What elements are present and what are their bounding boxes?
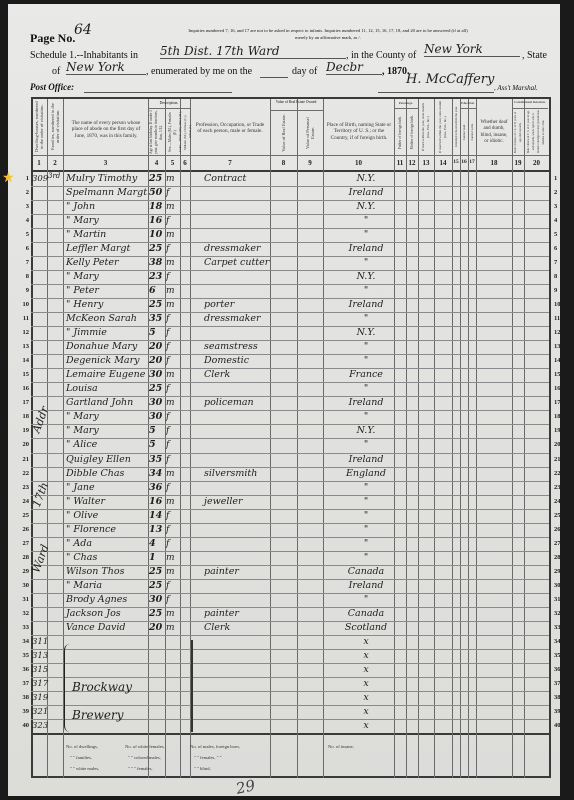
birthplace: " bbox=[338, 229, 394, 241]
person-name: Brody Agnes bbox=[66, 594, 150, 606]
col-1-header: Dwelling-houses, numbered in the order o… bbox=[31, 99, 47, 154]
table-row: 3030" Maria25fIreland bbox=[8, 579, 560, 593]
age: 30 bbox=[149, 369, 165, 381]
sex: f bbox=[166, 510, 180, 522]
table-row: 33" John18mN.Y. bbox=[8, 200, 560, 214]
age: 35 bbox=[149, 454, 165, 466]
family-number: 3rd bbox=[48, 170, 64, 182]
birthplace: x bbox=[338, 664, 394, 676]
group-rule-constitutional bbox=[512, 108, 548, 109]
group-constitutional: Constitutional Relations. bbox=[512, 100, 548, 104]
row-number-left: 14 bbox=[15, 357, 29, 364]
table-row: 113093rdMulry Timothy25mContractN.Y. bbox=[8, 172, 560, 186]
sex: f bbox=[166, 594, 180, 606]
birthplace: Canada bbox=[338, 608, 394, 620]
person-name: " Jimmie bbox=[66, 327, 150, 339]
row-number-right: 12 bbox=[554, 329, 566, 336]
birthplace: " bbox=[338, 383, 394, 395]
row-number-right: 11 bbox=[554, 315, 566, 322]
post-office-field bbox=[84, 82, 232, 93]
birthplace: N.Y. bbox=[338, 425, 394, 437]
age: 4 bbox=[149, 538, 165, 550]
row-number-left: 2 bbox=[15, 189, 29, 196]
person-name: Degenick Mary bbox=[66, 355, 150, 367]
row-number-right: 13 bbox=[554, 343, 566, 350]
sex: m bbox=[166, 201, 180, 213]
table-row: 1616Louisa25f" bbox=[8, 382, 560, 396]
col-16-header-text: Cannot read. bbox=[462, 124, 467, 140]
age: 30 bbox=[149, 411, 165, 423]
column-number: 19 bbox=[512, 159, 524, 167]
marshal-label: , Ass't Marshal. bbox=[494, 84, 538, 92]
column-number: 4 bbox=[148, 159, 165, 167]
person-name: Jackson Jos bbox=[66, 608, 150, 620]
col-1-header-text: Dwelling-houses, numbered in the order o… bbox=[34, 99, 44, 154]
birthplace: " bbox=[338, 285, 394, 297]
person-name: " Maria bbox=[66, 580, 150, 592]
row-number-left: 40 bbox=[15, 722, 29, 729]
state-label: , State bbox=[522, 50, 547, 61]
district-field: 5th Dist. 17th Ward bbox=[160, 44, 346, 59]
sex: m bbox=[166, 468, 180, 480]
footer-colored-females: " " " females, bbox=[128, 766, 153, 771]
age: 34 bbox=[149, 468, 165, 480]
age: 25 bbox=[149, 173, 165, 185]
row-number-right: 30 bbox=[554, 582, 566, 589]
occupation: jeweller bbox=[204, 496, 270, 508]
column-number: 1 bbox=[31, 159, 47, 167]
birthplace: Ireland bbox=[338, 187, 394, 199]
row-number-left: 4 bbox=[15, 217, 29, 224]
birthplace: N.Y. bbox=[338, 201, 394, 213]
table-row: 3333Vance David20mClerkScotland bbox=[8, 621, 560, 635]
table-row: 1111McKeon Sarah35fdressmaker" bbox=[8, 312, 560, 326]
column-number: 8 bbox=[270, 159, 297, 167]
occupation: Clerk bbox=[204, 622, 270, 634]
person-name: " Peter bbox=[66, 285, 150, 297]
page-number-label: Page No. bbox=[30, 31, 75, 46]
person-name: " Walter bbox=[66, 496, 150, 508]
column-number: 16 bbox=[460, 159, 468, 165]
row-number-right: 15 bbox=[554, 371, 566, 378]
row-number-left: 15 bbox=[15, 371, 29, 378]
column-number: 12 bbox=[406, 159, 418, 167]
group-rule-real-estate bbox=[270, 110, 323, 111]
col-17-header-text: Cannot write. bbox=[470, 123, 475, 140]
birthplace: " bbox=[338, 524, 394, 536]
sex: f bbox=[166, 313, 180, 325]
column-number: 13 bbox=[418, 159, 434, 167]
row-number-left: 22 bbox=[15, 470, 29, 477]
row-number-left: 21 bbox=[15, 456, 29, 463]
occupation: Contract bbox=[204, 173, 270, 185]
occupation: seamstress bbox=[204, 341, 270, 353]
person-name: " Jane bbox=[66, 482, 150, 494]
col-18-header: Whether deaf and dumb, blind, insane, or… bbox=[478, 120, 510, 145]
row-number-right: 24 bbox=[554, 498, 566, 505]
birthplace: " bbox=[338, 341, 394, 353]
person-name: " Alice bbox=[66, 439, 150, 451]
col-16-header: Cannot read. bbox=[460, 110, 468, 154]
birthplace: Ireland bbox=[338, 243, 394, 255]
birthplace: N.Y. bbox=[338, 173, 394, 185]
row-number-right: 8 bbox=[554, 273, 566, 280]
column-number: 5 bbox=[165, 159, 180, 167]
birthplace: Ireland bbox=[338, 397, 394, 409]
star-icon[interactable]: ★ bbox=[2, 172, 15, 186]
row-number-right: 4 bbox=[554, 217, 566, 224]
age: 25 bbox=[149, 383, 165, 395]
age: 5 bbox=[149, 439, 165, 451]
sex: f bbox=[166, 524, 180, 536]
row-number-right: 28 bbox=[554, 554, 566, 561]
age: 18 bbox=[149, 201, 165, 213]
table-row: 2727" Ada4f" bbox=[8, 537, 560, 551]
group-real-estate: Value of Real Estate Owned. bbox=[270, 100, 323, 105]
day-of-label: day of bbox=[292, 66, 317, 77]
column-number: 7 bbox=[190, 159, 270, 167]
body-bottom-rule bbox=[31, 733, 549, 735]
col-4-header: Age at last birthday. If under 1 year, g… bbox=[148, 110, 165, 154]
row-number-left: 36 bbox=[15, 666, 29, 673]
col-14-header-text: If married within the year, state month … bbox=[438, 100, 448, 154]
dwelling-number: 321 bbox=[32, 706, 50, 718]
row-number-left: 32 bbox=[15, 610, 29, 617]
row-number-right: 27 bbox=[554, 540, 566, 547]
table-row: 1212" Jimmie5fN.Y. bbox=[8, 326, 560, 340]
row-number-right: 32 bbox=[554, 610, 566, 617]
occupation: dressmaker bbox=[204, 243, 270, 255]
table-row: 3939321Breweryx bbox=[8, 705, 560, 719]
occupation: painter bbox=[204, 608, 270, 620]
sex: m bbox=[166, 552, 180, 564]
occupation: Domestic bbox=[204, 355, 270, 367]
instructions: Inquiries numbered 7, 16, and 17 are not… bbox=[102, 27, 554, 41]
sex: m bbox=[166, 257, 180, 269]
table-row: 1919" Mary5fN.Y. bbox=[8, 424, 560, 438]
table-row: 3434311x bbox=[8, 635, 560, 649]
sex: f bbox=[166, 482, 180, 494]
age: 35 bbox=[149, 313, 165, 325]
row-number-right: 14 bbox=[554, 357, 566, 364]
row-number-left: 27 bbox=[15, 540, 29, 547]
table-row: 1010" Henry25mporterIreland bbox=[8, 298, 560, 312]
birthplace: Ireland bbox=[338, 580, 394, 592]
row-number-left: 12 bbox=[15, 329, 29, 336]
sex: f bbox=[166, 425, 180, 437]
occupation: porter bbox=[204, 299, 270, 311]
col-8-header-text: Value of Real Estate. bbox=[281, 114, 286, 152]
sex: f bbox=[166, 271, 180, 283]
row-number-right: 25 bbox=[554, 512, 566, 519]
row-number-left: 28 bbox=[15, 554, 29, 561]
census-page: Page No. 64 Inquiries numbered 7, 16, an… bbox=[8, 4, 560, 796]
sex: f bbox=[166, 355, 180, 367]
ditto-stroke bbox=[191, 640, 193, 732]
birthplace: " bbox=[338, 482, 394, 494]
of-label: of bbox=[52, 66, 60, 77]
table-row: 1414Degenick Mary20fDomestic" bbox=[8, 354, 560, 368]
col-11-header-text: Father of foreign birth. bbox=[398, 116, 403, 149]
sex: f bbox=[166, 454, 180, 466]
table-row: 2020" Alice5f" bbox=[8, 438, 560, 452]
col-3-header: The name of every person whose place of … bbox=[68, 120, 144, 139]
group-description: Description. bbox=[148, 101, 190, 105]
row-number-right: 35 bbox=[554, 652, 566, 659]
sex: f bbox=[166, 538, 180, 550]
table-row: 3232Jackson Jos25mpainterCanada bbox=[8, 607, 560, 621]
person-name: " Ada bbox=[66, 538, 150, 550]
age: 25 bbox=[149, 299, 165, 311]
table-bottom-rule bbox=[31, 776, 549, 778]
enumerated-label: , enumerated by me on the bbox=[146, 66, 252, 77]
row-number-left: 7 bbox=[15, 259, 29, 266]
table-row: 99" Peter6m" bbox=[8, 284, 560, 298]
person-name: Kelly Peter bbox=[66, 257, 150, 269]
row-number-left: 19 bbox=[15, 427, 29, 434]
sex: m bbox=[166, 229, 180, 241]
column-number: 2 bbox=[47, 159, 63, 167]
birthplace: Ireland bbox=[338, 454, 394, 466]
table-row: 2929Wilson Thos25mpainterCanada bbox=[8, 565, 560, 579]
person-name: Wilson Thos bbox=[66, 566, 150, 578]
row-number-left: 10 bbox=[15, 301, 29, 308]
table-row: 2424" Walter16mjeweller" bbox=[8, 495, 560, 509]
person-name: Dibble Chas bbox=[66, 468, 150, 480]
birthplace: " bbox=[338, 552, 394, 564]
row-number-left: 17 bbox=[15, 399, 29, 406]
footer-colored-males: " " colored males, bbox=[128, 755, 161, 760]
column-number: 3 bbox=[63, 159, 148, 167]
age: 25 bbox=[149, 580, 165, 592]
table-row: 2828" Chas1m" bbox=[8, 551, 560, 565]
col-19-header: Male Citizens of U. S. of 21 years of ag… bbox=[512, 110, 524, 154]
group-rule-parentage bbox=[394, 108, 418, 109]
sex: m bbox=[166, 299, 180, 311]
person-name: " John bbox=[66, 201, 150, 213]
table-row: 4040323x bbox=[8, 719, 560, 733]
marshal-signature: H. McCaffery bbox=[406, 72, 494, 87]
sex: f bbox=[166, 243, 180, 255]
person-name: McKeon Sarah bbox=[66, 313, 150, 325]
sex: f bbox=[166, 580, 180, 592]
sex: f bbox=[166, 341, 180, 353]
dwelling-number: 317 bbox=[32, 678, 50, 690]
age: 6 bbox=[149, 285, 165, 297]
page-number: 64 bbox=[74, 22, 92, 38]
row-number-right: 2 bbox=[554, 189, 566, 196]
age: 5 bbox=[149, 327, 165, 339]
footer-insane: No. of insane, bbox=[328, 744, 354, 749]
table-row: 1515Lemaire Eugene30mClerkFrance bbox=[8, 368, 560, 382]
birthplace: " bbox=[338, 215, 394, 227]
row-number-right: 22 bbox=[554, 470, 566, 477]
row-number-right: 1 bbox=[554, 175, 566, 182]
row-number-right: 39 bbox=[554, 708, 566, 715]
sex: f bbox=[166, 411, 180, 423]
col-19-header-text: Male Citizens of U. S. of 21 years of ag… bbox=[513, 110, 523, 154]
age: 20 bbox=[149, 341, 165, 353]
table-row: 2121Quigley Ellen35fIreland bbox=[8, 453, 560, 467]
row-number-left: 11 bbox=[15, 315, 29, 322]
row-number-right: 34 bbox=[554, 638, 566, 645]
instruction-line-2: merely by an affirmative mark, as /. bbox=[295, 35, 361, 40]
row-number-left: 20 bbox=[15, 441, 29, 448]
birthplace: France bbox=[338, 369, 394, 381]
person-name: " Mary bbox=[66, 271, 150, 283]
column-number: 11 bbox=[394, 159, 406, 167]
birthplace: x bbox=[338, 692, 394, 704]
row-number-right: 33 bbox=[554, 624, 566, 631]
birthplace: x bbox=[338, 636, 394, 648]
person-name: " Martin bbox=[66, 229, 150, 241]
column-number: 9 bbox=[297, 159, 323, 167]
age: 14 bbox=[149, 510, 165, 522]
col-15-header: Attended school within the year. bbox=[452, 100, 460, 154]
table-row: 3838319x bbox=[8, 691, 560, 705]
row-number-left: 31 bbox=[15, 596, 29, 603]
column-number-rule bbox=[31, 155, 549, 156]
birthplace: " bbox=[338, 313, 394, 325]
person-name: Vance David bbox=[66, 622, 150, 634]
person-name: Quigley Ellen bbox=[66, 454, 150, 466]
person-name: " Florence bbox=[66, 524, 150, 536]
table-row: 55" Martin10m" bbox=[8, 228, 560, 242]
row-number-left: 3 bbox=[15, 203, 29, 210]
group-rule-education bbox=[460, 108, 476, 109]
col-9-header: Value of Personal Estate. bbox=[297, 112, 323, 154]
col-17-header: Cannot write. bbox=[468, 110, 476, 154]
birthplace: " bbox=[338, 496, 394, 508]
age: 5 bbox=[149, 425, 165, 437]
column-number: 10 bbox=[323, 159, 394, 167]
column-number: 20 bbox=[524, 159, 549, 167]
age: 30 bbox=[149, 594, 165, 606]
birthplace: " bbox=[338, 355, 394, 367]
birthplace: x bbox=[338, 720, 394, 732]
sex: m bbox=[166, 173, 180, 185]
sex: m bbox=[166, 622, 180, 634]
row-number-left: 37 bbox=[15, 680, 29, 687]
occupation: Clerk bbox=[204, 369, 270, 381]
state-field: New York bbox=[66, 60, 146, 75]
table-top-rule bbox=[31, 97, 549, 99]
county-field: New York bbox=[424, 42, 520, 57]
col-13-header: If born within the year, state month (Ja… bbox=[418, 100, 434, 154]
col-20-header: Male Citizens of U. S. of 21 years of ag… bbox=[524, 110, 548, 154]
row-number-right: 38 bbox=[554, 694, 566, 701]
birthplace: " bbox=[338, 510, 394, 522]
birthplace: " bbox=[338, 594, 394, 606]
person-name: Gartland John bbox=[66, 397, 150, 409]
sex: f bbox=[166, 439, 180, 451]
occupation: silversmith bbox=[204, 468, 270, 480]
sex: m bbox=[166, 496, 180, 508]
row-number-left: 35 bbox=[15, 652, 29, 659]
row-number-left: 6 bbox=[15, 245, 29, 252]
person-name: Lemaire Eugene bbox=[66, 369, 150, 381]
group-education: Education. bbox=[460, 101, 476, 105]
person-name: Leffler Margt bbox=[66, 243, 150, 255]
column-number: 6 bbox=[180, 159, 190, 167]
sex: f bbox=[166, 327, 180, 339]
person-name: " Olive bbox=[66, 510, 150, 522]
age: 13 bbox=[149, 524, 165, 536]
row-number-right: 20 bbox=[554, 441, 566, 448]
col-4-header-text: Age at last birthday. If under 1 year, g… bbox=[149, 110, 164, 154]
row-number-right: 36 bbox=[554, 666, 566, 673]
age: 25 bbox=[149, 608, 165, 620]
row-number-left: 34 bbox=[15, 638, 29, 645]
col-13-header-text: If born within the year, state month (Ja… bbox=[421, 100, 431, 154]
birthplace: " bbox=[338, 538, 394, 550]
birthplace: England bbox=[338, 468, 394, 480]
table-row: 2525" Olive14f" bbox=[8, 509, 560, 523]
age: 16 bbox=[149, 496, 165, 508]
footer-foreign-females: " " females, " " bbox=[194, 755, 222, 760]
row-number-left: 25 bbox=[15, 512, 29, 519]
footer-white-females: No. of white females, bbox=[125, 744, 165, 749]
col-2-header: Families, numbered in the order of visit… bbox=[47, 99, 63, 154]
age: 36 bbox=[149, 482, 165, 494]
col-7-header: Profession, Occupation, or Trade of each… bbox=[194, 122, 266, 135]
row-number-right: 10 bbox=[554, 301, 566, 308]
person-name: Donahue Mary bbox=[66, 341, 150, 353]
col-15-header-text: Attended school within the year. bbox=[454, 106, 459, 147]
row-number-right: 6 bbox=[554, 245, 566, 252]
row-number-right: 7 bbox=[554, 259, 566, 266]
row-number-left: 1 bbox=[15, 175, 29, 182]
age: 10 bbox=[149, 229, 165, 241]
birthplace: N.Y. bbox=[338, 271, 394, 283]
table-row: 2626" Florence13f" bbox=[8, 523, 560, 537]
row-number-right: 37 bbox=[554, 680, 566, 687]
col-2-header-text: Families, numbered in the order of visit… bbox=[50, 99, 60, 154]
dwelling-number: 323 bbox=[32, 720, 50, 732]
sex: m bbox=[166, 285, 180, 297]
birthplace: " bbox=[338, 439, 394, 451]
col-8-header: Value of Real Estate. bbox=[270, 112, 297, 154]
table-row: 1818" Mary30f" bbox=[8, 410, 560, 424]
row-number-right: 31 bbox=[554, 596, 566, 603]
col-6-header-text: Color.—White (W.), Black (B.), Mulatto (… bbox=[178, 110, 193, 154]
person-name: Mulry Timothy bbox=[66, 173, 150, 185]
sex: m bbox=[166, 369, 180, 381]
dwelling-number: 315 bbox=[32, 664, 50, 676]
birthplace: x bbox=[338, 706, 394, 718]
col-5-header-text: Sex.—Males (M.), Females (F.) bbox=[168, 110, 178, 154]
table-row: 3535313x bbox=[8, 649, 560, 663]
age: 25 bbox=[149, 566, 165, 578]
dwelling-number: 313 bbox=[32, 650, 50, 662]
row-number-right: 16 bbox=[554, 385, 566, 392]
birthplace: " bbox=[338, 257, 394, 269]
sex: f bbox=[166, 383, 180, 395]
dwelling-number: 319 bbox=[32, 692, 50, 704]
table-row: 22Spelmann Margt50fIreland bbox=[8, 186, 560, 200]
table-row: 88" Mary23fN.Y. bbox=[8, 270, 560, 284]
col-12-header: Mother of foreign birth. bbox=[406, 110, 418, 154]
occupation: Carpet cutter bbox=[204, 257, 270, 269]
table-row: 66Leffler Margt25fdressmakerIreland bbox=[8, 242, 560, 256]
col-20-header-text: Male Citizens of U. S. of 21 years of ag… bbox=[526, 110, 546, 154]
day-field bbox=[260, 66, 288, 78]
age: 30 bbox=[149, 397, 165, 409]
group-rule-description bbox=[148, 108, 190, 109]
row-number-left: 18 bbox=[15, 413, 29, 420]
footer-blind: " " blind, bbox=[194, 766, 211, 771]
age: 50 bbox=[149, 187, 165, 199]
